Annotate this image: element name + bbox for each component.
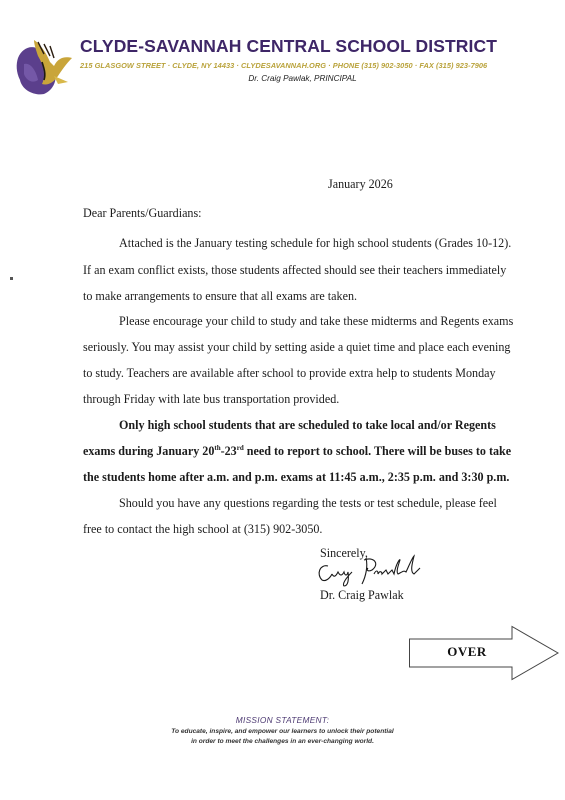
- scan-artifact: [10, 277, 13, 280]
- salutation: Dear Parents/Guardians:: [83, 207, 202, 220]
- body-line: Please encourage your child to study and…: [119, 315, 513, 328]
- bold-notice-line: Only high school students that are sched…: [119, 419, 496, 432]
- body-line: If an exam conflict exists, those studen…: [83, 264, 506, 277]
- mission-text-line: in order to meet the challenges in an ev…: [0, 737, 565, 747]
- closing-line: Should you have any questions regarding …: [119, 497, 497, 510]
- over-arrow-button[interactable]: OVER: [408, 625, 560, 681]
- mission-title: MISSION STATEMENT:: [0, 715, 565, 725]
- signature-block: Sincerely, Dr. Craig Pawlak: [320, 546, 460, 606]
- letterhead: CLYDE-SAVANNAH CENTRAL SCHOOL DISTRICT 2…: [0, 0, 565, 100]
- over-label: OVER: [408, 644, 526, 660]
- district-address-line: 215 GLASGOW STREET · CLYDE, NY 14433 · C…: [80, 61, 487, 70]
- body-line: seriously. You may assist your child by …: [83, 341, 510, 354]
- notice-text: need to report to school. There will be …: [244, 444, 511, 458]
- eagle-logo-icon: [14, 36, 76, 96]
- mission-text-line: To educate, inspire, and empower our lea…: [0, 727, 565, 737]
- notice-text: exams during January 20: [83, 444, 214, 458]
- closing-line: free to contact the high school at (315)…: [83, 523, 322, 536]
- body-line: Attached is the January testing schedule…: [119, 237, 511, 250]
- signer-name: Dr. Craig Pawlak: [320, 588, 404, 603]
- bold-notice-line: exams during January 20th-23rd need to r…: [83, 445, 511, 458]
- body-line: to study. Teachers are available after s…: [83, 367, 496, 380]
- letter-date: January 2026: [328, 177, 393, 192]
- notice-text: -23: [221, 444, 237, 458]
- ordinal-suffix: rd: [237, 444, 244, 452]
- handwritten-signature-icon: [314, 554, 424, 588]
- bold-notice-line: the students home after a.m. and p.m. ex…: [83, 471, 509, 484]
- district-name: CLYDE-SAVANNAH CENTRAL SCHOOL DISTRICT: [80, 36, 497, 57]
- body-line: to make arrangements to ensure that all …: [83, 290, 357, 303]
- body-line: through Friday with late bus transportat…: [83, 393, 339, 406]
- principal-line: Dr. Craig Pawlak, PRINCIPAL: [0, 74, 565, 83]
- mission-statement: MISSION STATEMENT: To educate, inspire, …: [0, 715, 565, 746]
